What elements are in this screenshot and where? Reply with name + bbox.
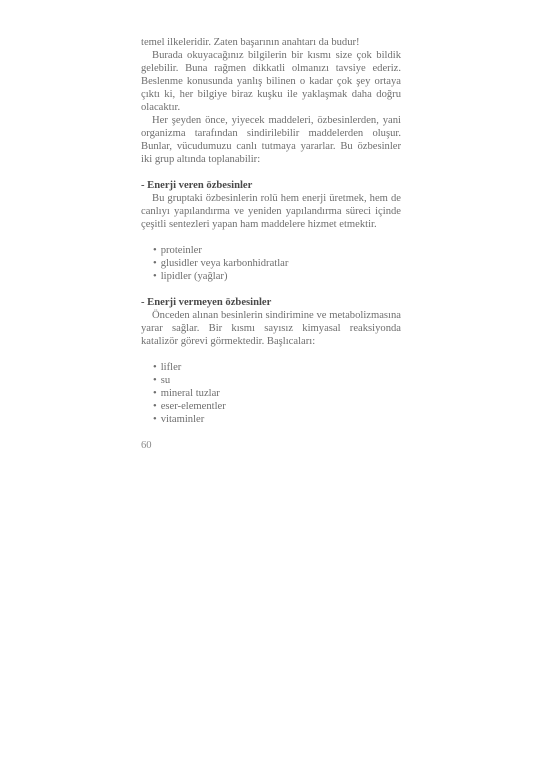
- list-item: su: [153, 374, 401, 387]
- spacer: [141, 283, 401, 296]
- paragraph-nutrients: Her şeyden önce, yiyecek maddeleri, özbe…: [141, 114, 401, 166]
- list-item: eser-elementler: [153, 400, 401, 413]
- spacer: [141, 231, 401, 244]
- section-text-energy: Bu gruptaki özbesinlerin rolü hem enerji…: [141, 192, 401, 231]
- list-item: vitaminler: [153, 413, 401, 426]
- section-heading-non-energy: - Enerji vermeyen özbesinler: [141, 296, 401, 309]
- bullet-list-non-energy: lifler su mineral tuzlar eser-elementler…: [141, 361, 401, 426]
- section-text-non-energy: Önceden alınan besinlerin sindirimine ve…: [141, 309, 401, 348]
- paragraph-intro-end: temel ilkeleridir. Zaten başarının anaht…: [141, 36, 401, 49]
- spacer: [141, 348, 401, 361]
- list-item: lifler: [153, 361, 401, 374]
- document-page: temel ilkeleridir. Zaten başarının anaht…: [141, 36, 401, 452]
- spacer: [141, 166, 401, 179]
- bullet-list-energy: proteinler glusidler veya karbonhidratla…: [141, 244, 401, 283]
- list-item: proteinler: [153, 244, 401, 257]
- list-item: mineral tuzlar: [153, 387, 401, 400]
- paragraph-warning: Burada okuyacağınız bilgilerin bir kısmı…: [141, 49, 401, 114]
- list-item: glusidler veya karbonhidratlar: [153, 257, 401, 270]
- list-item: lipidler (yağlar): [153, 270, 401, 283]
- page-number: 60: [141, 439, 401, 452]
- section-heading-energy: - Enerji veren özbesinler: [141, 179, 401, 192]
